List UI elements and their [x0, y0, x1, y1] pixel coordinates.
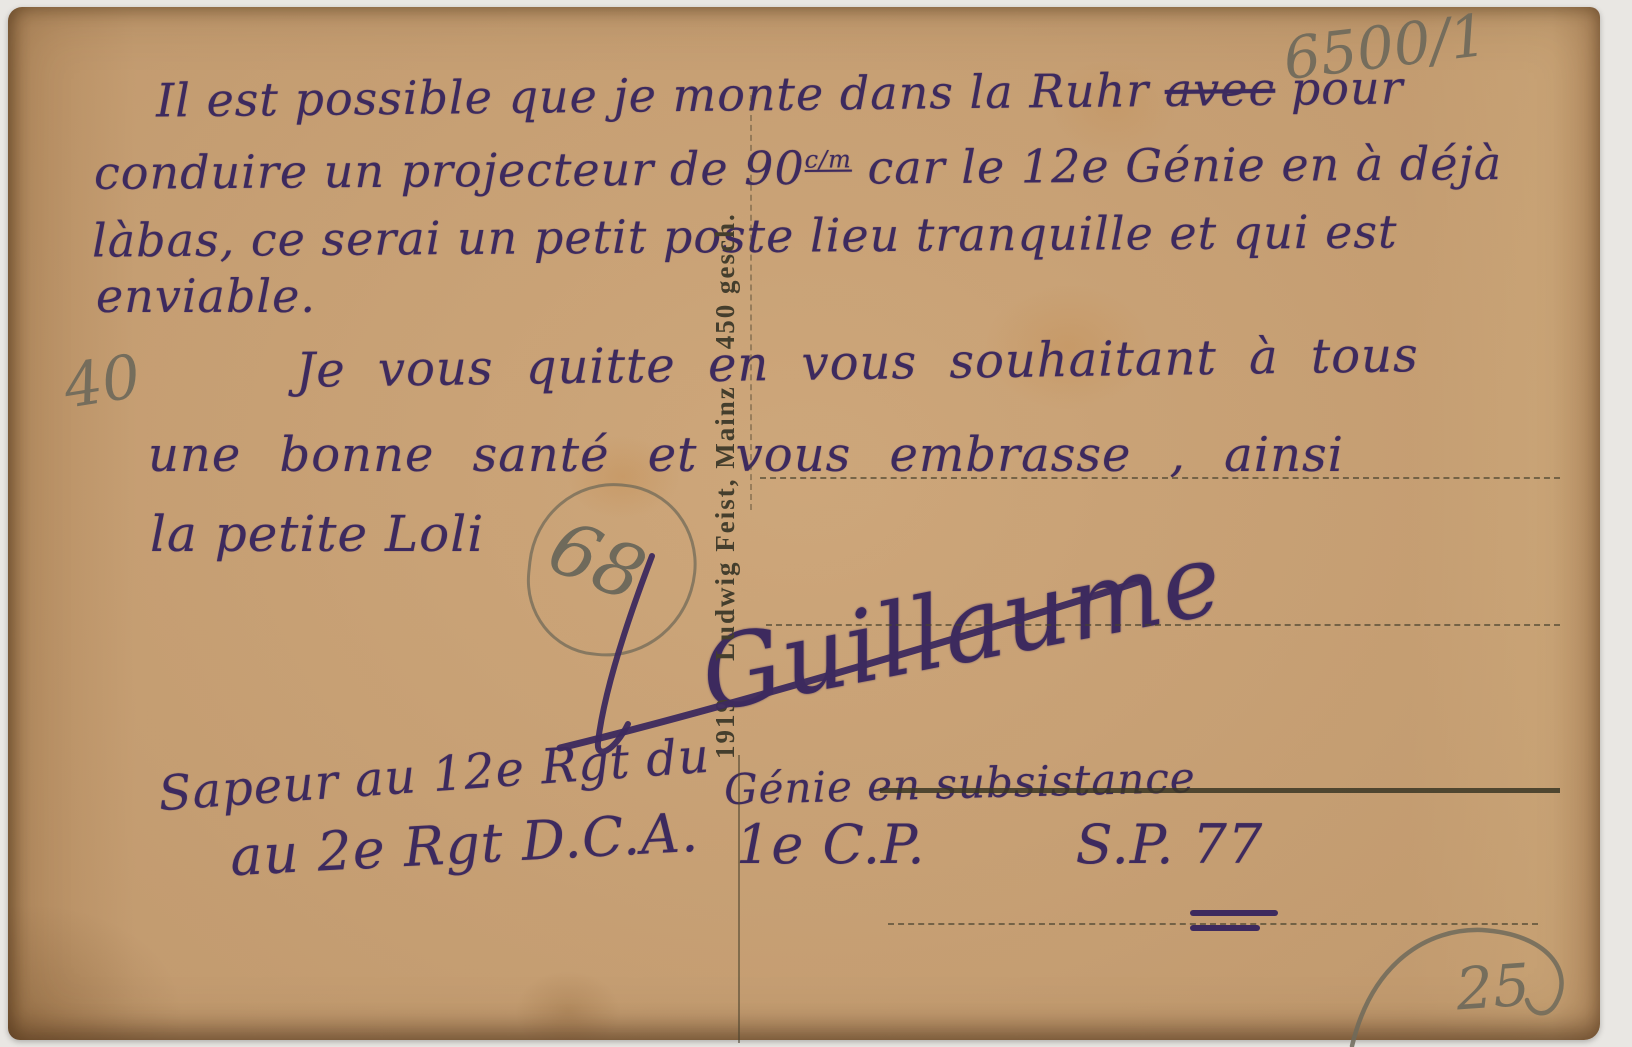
printed-year: 1919 — [710, 697, 741, 759]
address-line-3 — [880, 788, 1560, 793]
printed-publisher: Ludwig Feist, Mainz — [710, 385, 741, 661]
unit-line-1: Génie en subsistance — [723, 753, 1196, 814]
divider-line-bottom — [738, 755, 740, 1043]
address-line-4 — [888, 923, 1538, 925]
message-line-2: conduire un projecteur de 90c/m car le 1… — [94, 136, 1503, 200]
circled-number-ring: 68 — [519, 475, 704, 666]
pencil-margin-number: 40 — [59, 341, 145, 422]
message-line-5: Je vous quitte en vous souhaitant à tous — [296, 327, 1419, 399]
message-line-2-text: conduire un projecteur de 90 — [94, 141, 805, 200]
unit-sector: S.P. 77 — [1076, 813, 1264, 876]
centimeter-superscript: c/m — [805, 145, 852, 173]
address-line-1 — [760, 477, 1560, 479]
unit-company: 1e C.P. — [736, 813, 926, 876]
message-line-1: Il est possible que je monte dans la Ruh… — [156, 60, 1404, 127]
message-line-3: làbas, ce serai un petit poste lieu tran… — [92, 204, 1398, 267]
address-line-2 — [766, 624, 1560, 626]
message-line-1-end: pour — [1275, 60, 1404, 115]
message-line-6: une bonne santé et vous embrasse , ainsi — [148, 427, 1344, 483]
divider-line-top — [750, 95, 752, 510]
postcard: 6500/1 Il est possible que je monte dans… — [8, 7, 1600, 1040]
message-line-1-text: Il est possible que je monte dans la Ruh… — [156, 63, 1165, 128]
sector-double-underline — [1190, 910, 1278, 940]
printed-edition: 450 gesch. — [710, 212, 741, 349]
printed-publisher-line: 1919 Ludwig Feist, Mainz 450 gesch. — [710, 212, 741, 759]
pencil-circled-number: 68 — [537, 504, 657, 619]
signature: Guillaume — [692, 520, 1232, 735]
pencil-price-number: 25 — [1454, 951, 1532, 1024]
message-line-4: enviable. — [96, 269, 316, 323]
message-line-7: la petite Loli — [150, 505, 484, 563]
struck-word: avec — [1164, 62, 1275, 117]
unit-line-2: 1e C.P.S.P. 77 — [736, 813, 1263, 876]
sender-line-2: au 2e Rgt D.C.A. — [229, 801, 701, 888]
message-line-2-end: car le 12e Génie en à déjà — [852, 136, 1503, 195]
